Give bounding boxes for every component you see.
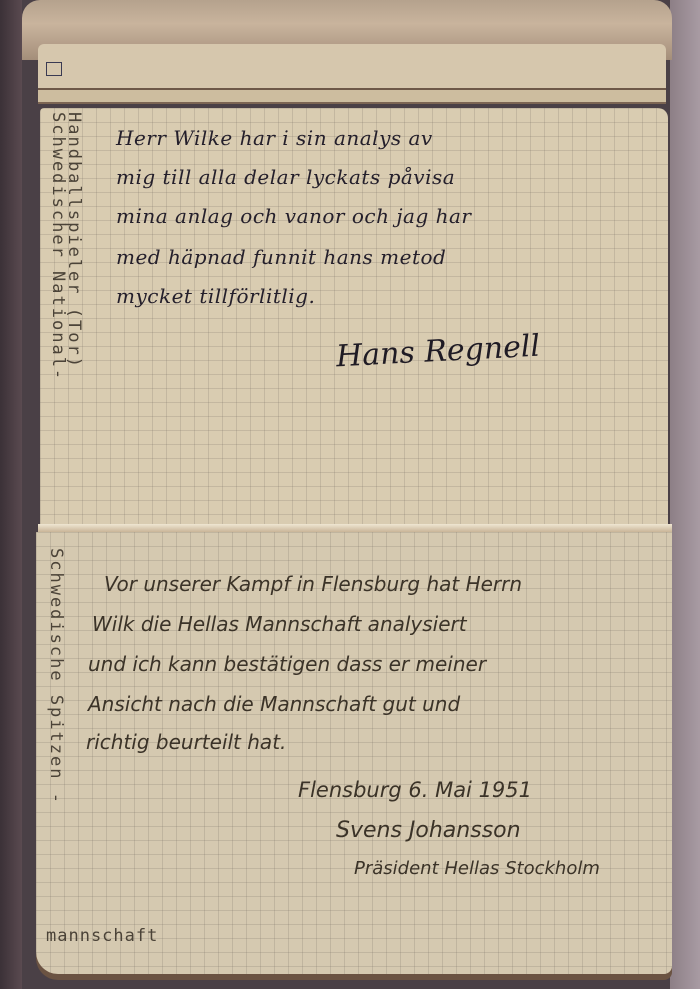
upper-line-4: med häpnad funnit hans metod (116, 245, 446, 269)
lower-line-1: Vor unserer Kampf in Flensburg hat Herrn (104, 572, 522, 596)
upper-line-1: Herr Wilke har i sin analys av (116, 126, 433, 150)
upper-signature: Hans Regnell (335, 329, 541, 375)
lower-line-5: richtig beurteilt hat. (86, 730, 286, 754)
backdrop-right (670, 0, 700, 989)
margin-note-line-2: Handballspieler (Tor) (64, 112, 84, 369)
signer-title: Präsident Hellas Stockholm (354, 858, 600, 879)
margin-note-vertical: Schwedische Spitzen - (46, 548, 66, 805)
corner-box-mark (46, 62, 62, 76)
place-date: Flensburg 6. Mai 1951 (298, 778, 532, 802)
lower-page: Vor unserer Kampf in Flensburg hat Herrn… (36, 532, 672, 974)
upper-page: Herr Wilke har i sin analys av mig till … (40, 108, 668, 528)
binding-left (0, 0, 22, 989)
lower-line-3: und ich kann bestätigen dass er meiner (88, 652, 486, 676)
upper-line-5: mycket tillförlitlig. (116, 284, 315, 308)
page-stack-edges (38, 44, 666, 104)
upper-line-3: mina anlag och vanor och jag har (116, 204, 471, 228)
lower-signature: Svens Johansson (336, 818, 521, 843)
lower-line-2: Wilk die Hellas Mannschaft analysiert (92, 612, 467, 636)
margin-note-bottom: mannschaft (46, 926, 158, 946)
lower-line-4: Ansicht nach die Mannschaft gut und (88, 692, 460, 716)
upper-line-2: mig till alla delar lyckats påvisa (116, 165, 455, 189)
